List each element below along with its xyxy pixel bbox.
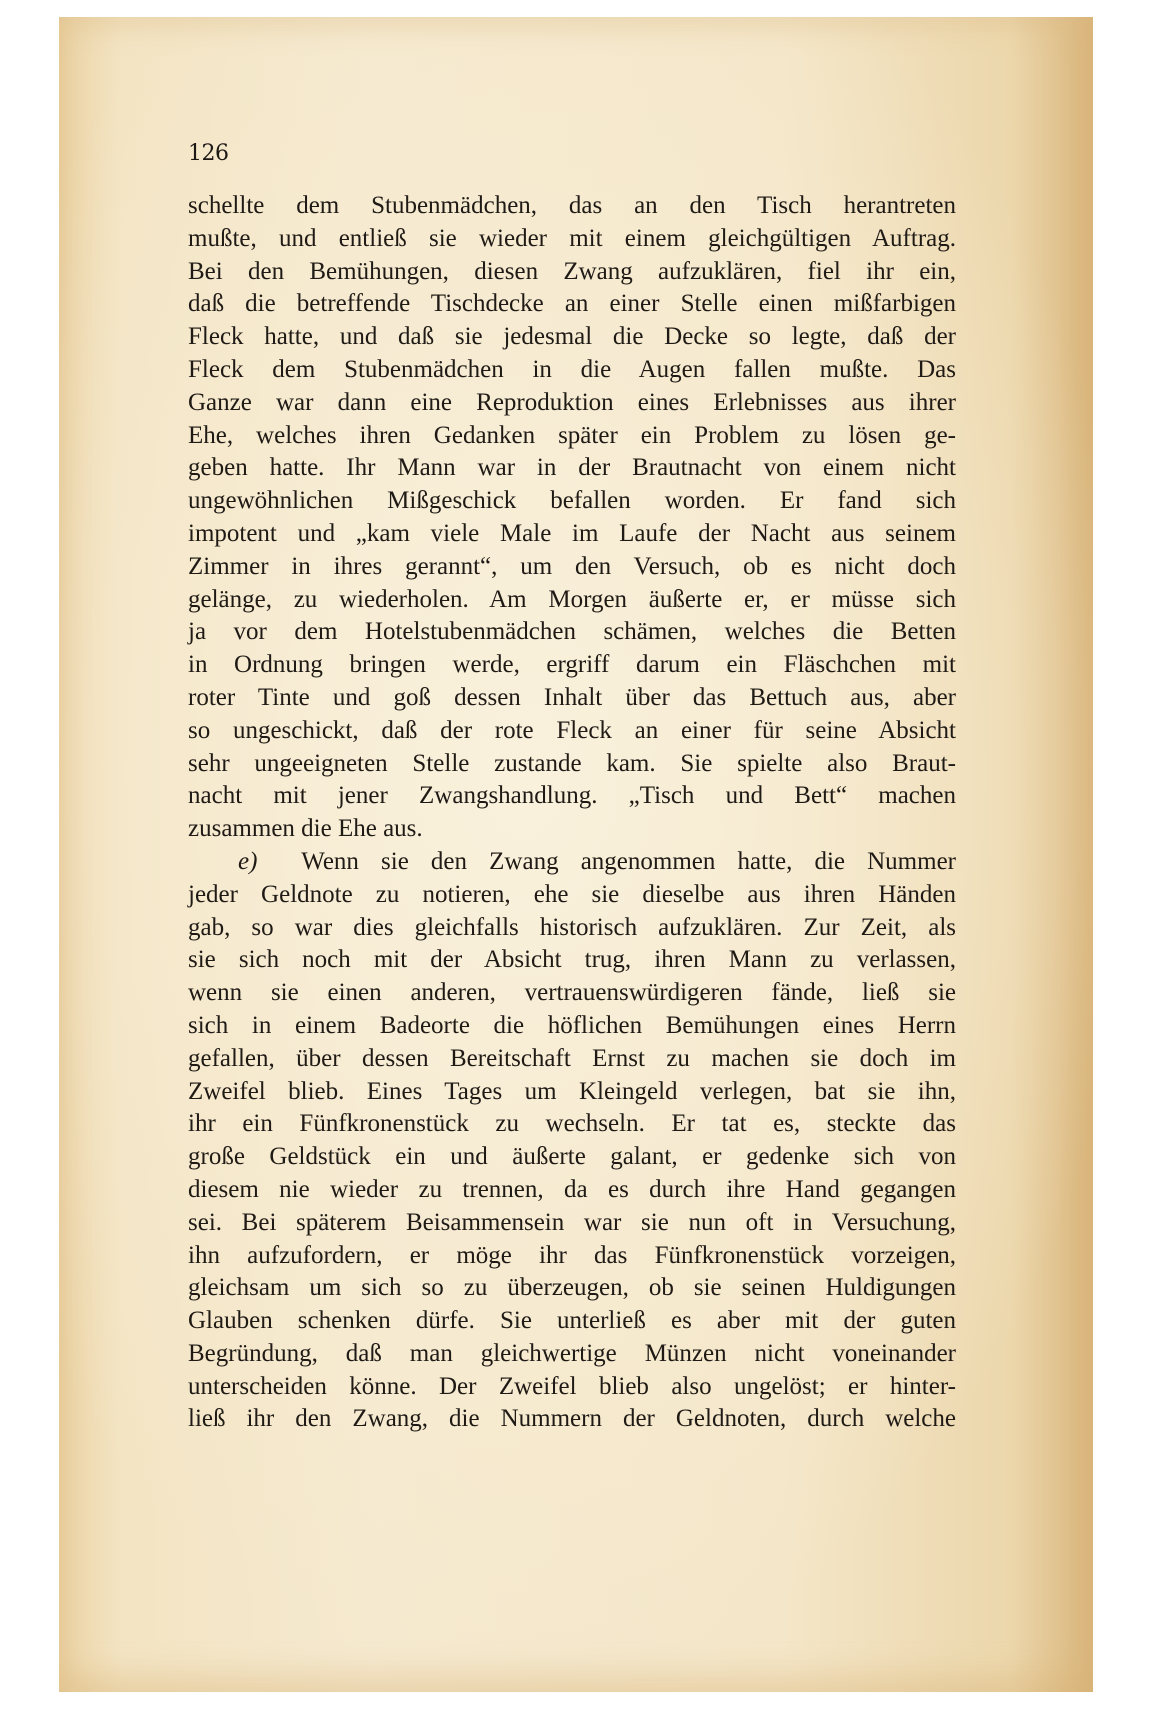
text-line: ließ ihr den Zwang, die Nummern der Geld…	[188, 1403, 956, 1436]
text-line: nacht mit jener Zwangshandlung. „Tisch u…	[188, 780, 956, 813]
text-line: Zweifel blieb. Eines Tages um Kleingeld …	[188, 1076, 956, 1109]
text-line: ihn aufzufordern, er möge ihr das Fünfkr…	[188, 1240, 956, 1273]
text-line: zusammen die Ehe aus.	[188, 813, 956, 846]
text-line: jeder Geldnote zu notieren, ehe sie dies…	[188, 879, 956, 912]
text-line-content: Wenn sie den Zwang angenommen hatte, die…	[301, 848, 956, 875]
text-line: Begründung, daß man gleichwertige Münzen…	[188, 1338, 956, 1371]
text-line: roter Tinte und goß dessen Inhalt über d…	[188, 682, 956, 715]
text-line: in Ordnung bringen werde, ergriff darum …	[188, 649, 956, 682]
text-line-paragraph-start: e) Wenn sie den Zwang angenommen hatte, …	[188, 846, 956, 879]
text-line: Ganze war dann eine Reproduktion eines E…	[188, 387, 956, 420]
text-line: gleichsam um sich so zu überzeugen, ob s…	[188, 1272, 956, 1305]
text-line: ihr ein Fünfkronenstück zu wechseln. Er …	[188, 1108, 956, 1141]
text-line: diesem nie wieder zu trennen, da es durc…	[188, 1174, 956, 1207]
text-line: geben hatte. Ihr Mann war in der Brautna…	[188, 452, 956, 485]
text-line: Ehe, welches ihren Gedanken später ein P…	[188, 420, 956, 453]
text-line: sich in einem Badeorte die höflichen Bem…	[188, 1010, 956, 1043]
page-number: 126	[188, 141, 229, 166]
text-line: gelänge, zu wiederholen. Am Morgen äußer…	[188, 584, 956, 617]
text-line: große Geldstück ein und äußerte galant, …	[188, 1141, 956, 1174]
text-line: mußte, und entließ sie wieder mit einem …	[188, 223, 956, 256]
text-line: gab, so war dies gleichfalls historisch …	[188, 912, 956, 945]
list-marker: e)	[238, 848, 257, 875]
text-line: daß die betreffende Tischdecke an einer …	[188, 288, 956, 321]
text-line: impotent und „kam viele Male im Laufe de…	[188, 518, 956, 551]
text-line: sei. Bei späterem Beisammensein war sie …	[188, 1207, 956, 1240]
text-line: schellte dem Stubenmädchen, das an den T…	[188, 190, 956, 223]
text-line: gefallen, über dessen Bereitschaft Ernst…	[188, 1043, 956, 1076]
text-line: so ungeschickt, daß der rote Fleck an ei…	[188, 715, 956, 748]
text-line: ja vor dem Hotelstubenmädchen schämen, w…	[188, 616, 956, 649]
text-line: wenn sie einen anderen, vertrauenswürdig…	[188, 977, 956, 1010]
body-text: schellte dem Stubenmädchen, das an den T…	[188, 190, 956, 1436]
text-line: Glauben schenken dürfe. Sie unterließ es…	[188, 1305, 956, 1338]
text-line: Fleck dem Stubenmädchen in die Augen fal…	[188, 354, 956, 387]
text-line: Fleck hatte, und daß sie jedesmal die De…	[188, 321, 956, 354]
text-line: ungewöhnlichen Mißgeschick befallen word…	[188, 485, 956, 518]
book-page: 126 schellte dem Stubenmädchen, das an d…	[59, 17, 1093, 1692]
text-line: unterscheiden könne. Der Zweifel blieb a…	[188, 1371, 956, 1404]
text-line: sehr ungeeigneten Stelle zustande kam. S…	[188, 748, 956, 781]
text-line: sie sich noch mit der Absicht trug, ihre…	[188, 944, 956, 977]
text-line: Zimmer in ihres gerannt“, um den Versuch…	[188, 551, 956, 584]
text-line: Bei den Bemühungen, diesen Zwang aufzukl…	[188, 256, 956, 289]
